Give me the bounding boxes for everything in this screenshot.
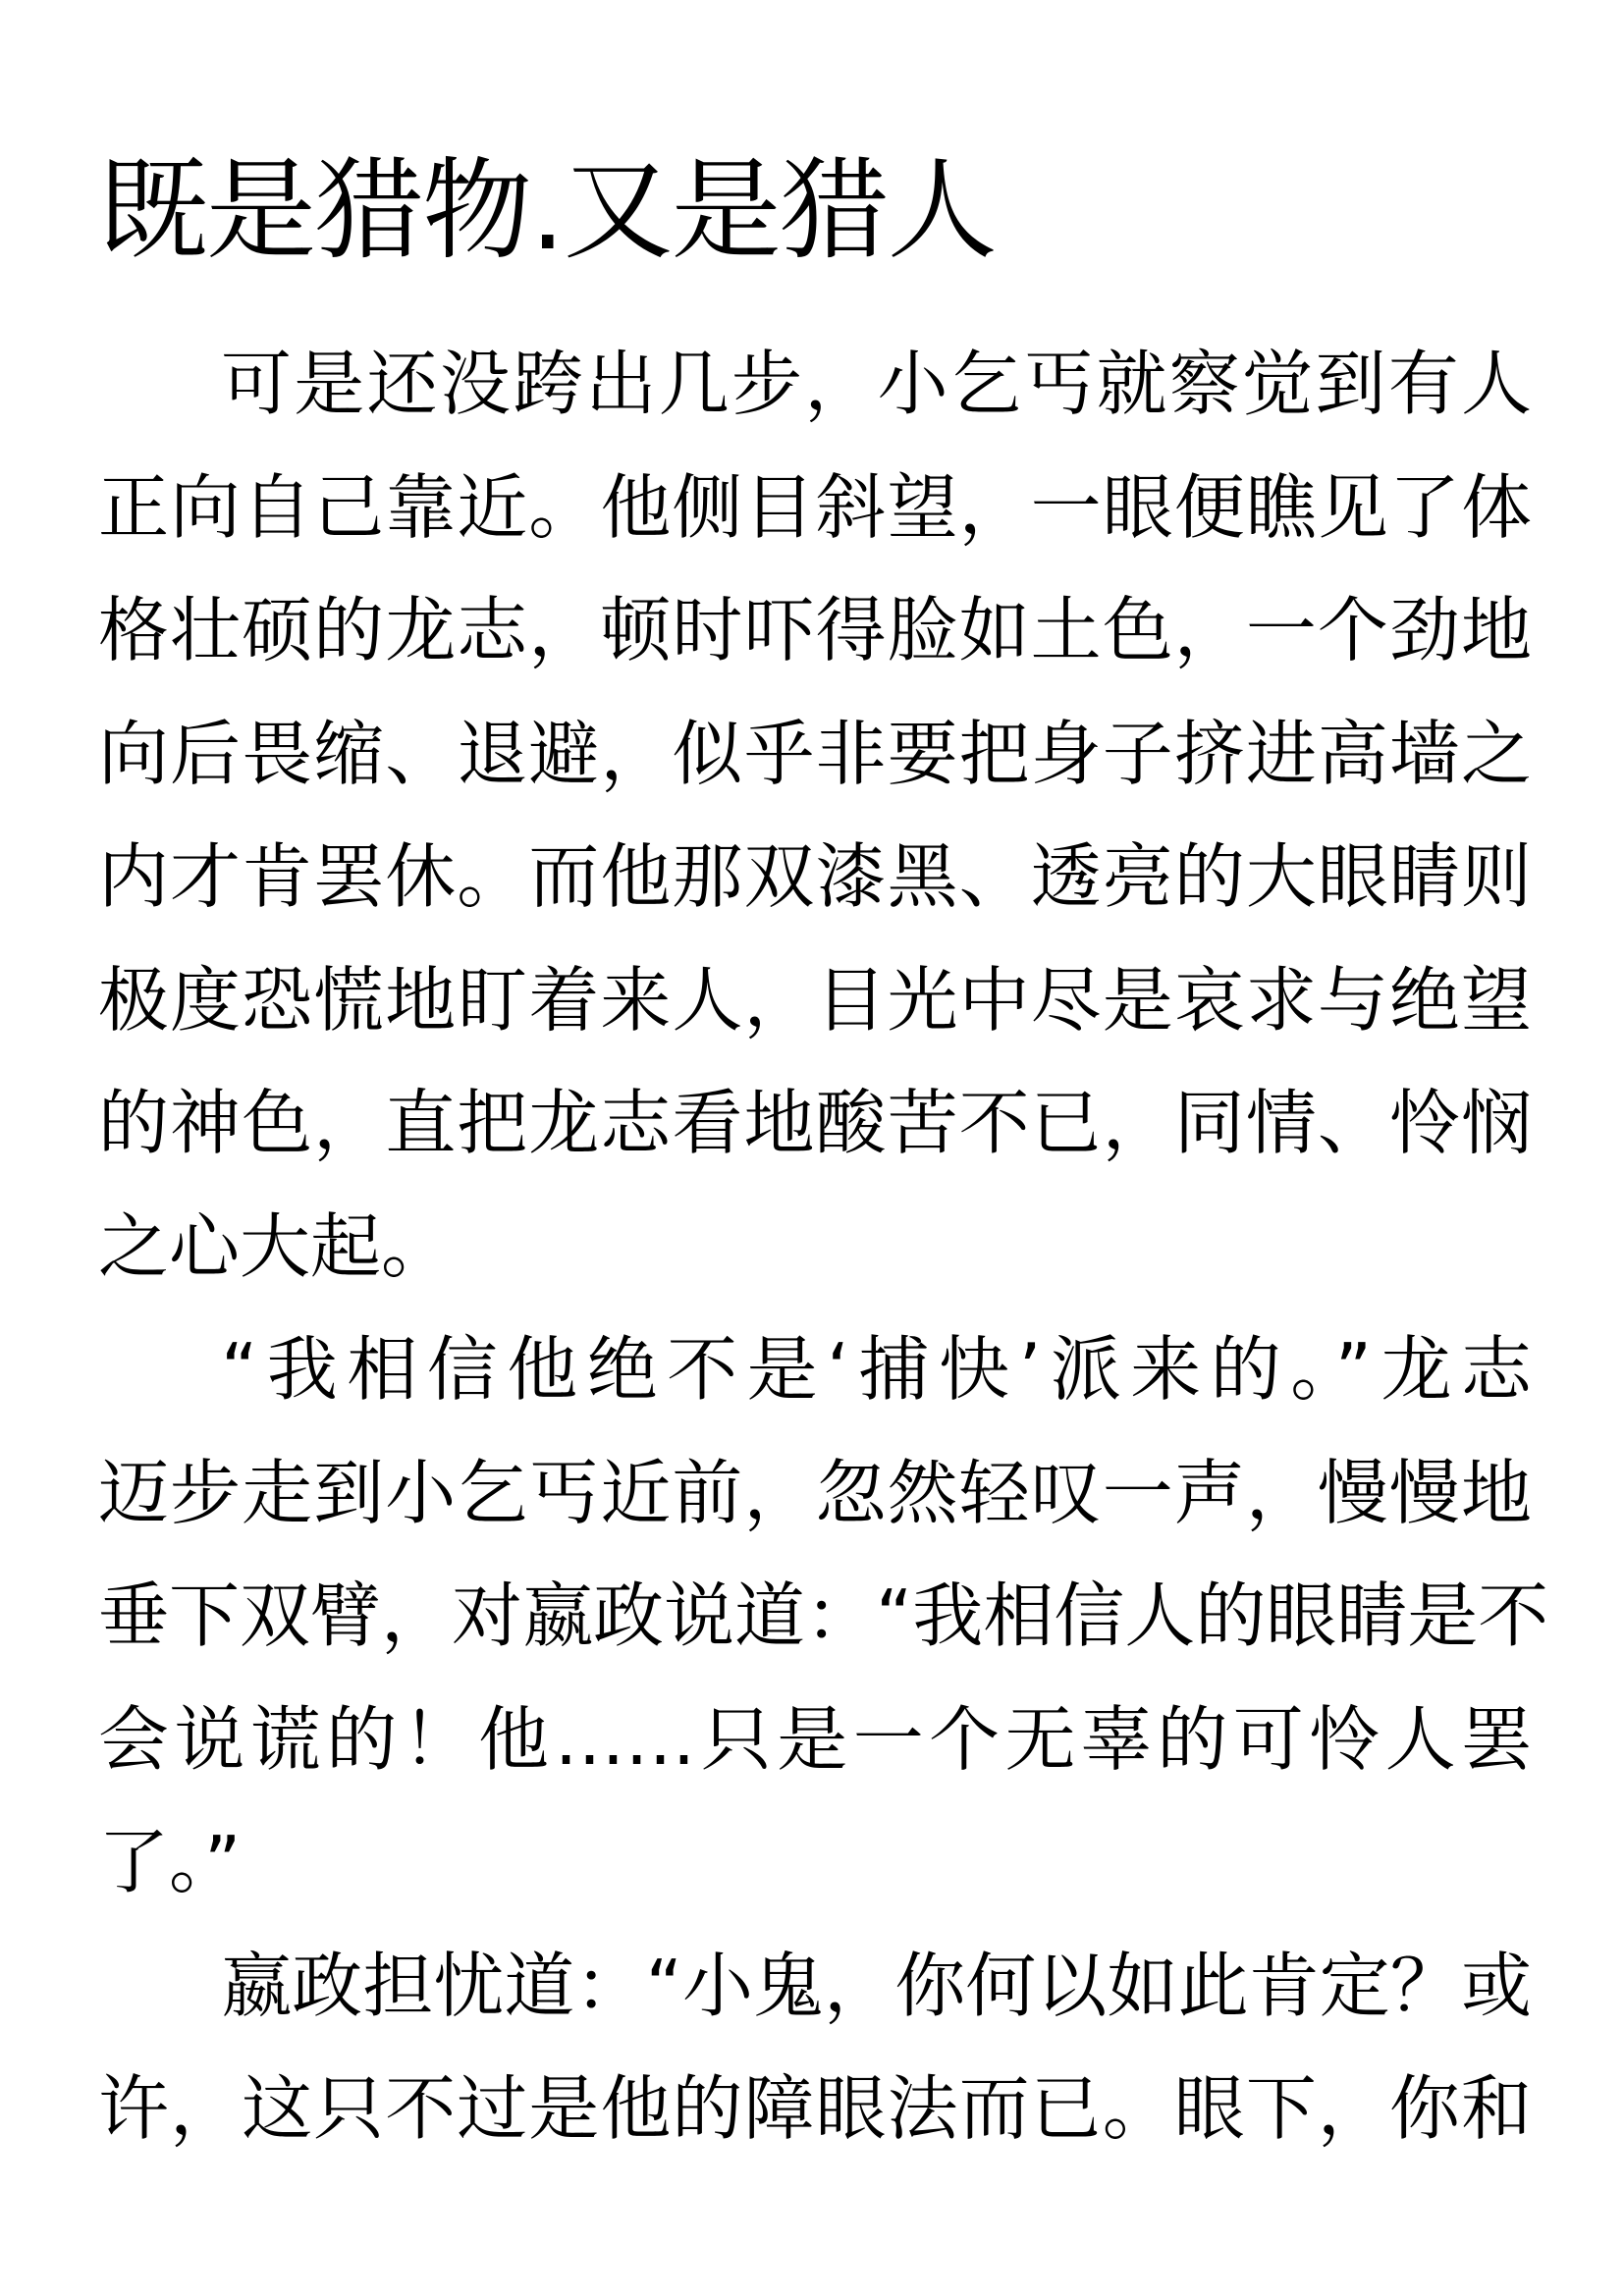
- paragraph-1-line-7: 的神色，直把龙志看地酸苦不已，同情、怜悯: [98, 1083, 1532, 1206]
- paragraph-1-line-8: 之心大起。: [98, 1206, 1532, 1330]
- paragraph-2-line-1: “我相信他绝不是‘捕快’派来的。”龙志: [221, 1329, 1532, 1453]
- text-line: 会说谎的！他……只是一个无辜的可怜人罢: [98, 1699, 1532, 1823]
- text-line: 嬴政担忧道：“小鬼，你何以如此肯定？或: [98, 1946, 1532, 2069]
- paragraph-2-line-2: 迈步走到小乞丐近前，忽然轻叹一声，慢慢地: [98, 1453, 1532, 1576]
- paragraph-1-line-1: 可是还没跨出几步，小乞丐就察觉到有人: [221, 344, 1532, 467]
- text-line: 迈步走到小乞丐近前，忽然轻叹一声，慢慢地: [98, 1453, 1532, 1576]
- text-line: 极度恐慌地盯着来人，目光中尽是哀求与绝望: [98, 960, 1532, 1084]
- text-line: 了。”: [98, 1822, 1532, 1946]
- document-page: 既是猎物.又是猎人 可是还没跨出几步，小乞丐就察觉到有人 正向自己靠近。他侧目斜…: [0, 0, 1624, 2296]
- paragraph-1-line-6: 极度恐慌地盯着来人，目光中尽是哀求与绝望: [98, 960, 1532, 1084]
- paragraph-2-line-4: 会说谎的！他……只是一个无辜的可怜人罢: [98, 1699, 1532, 1823]
- text-line: “我相信他绝不是‘捕快’派来的。”龙志: [98, 1329, 1532, 1453]
- paragraph-1-line-2: 正向自己靠近。他侧目斜望，一眼便瞧见了体: [98, 467, 1532, 591]
- text-line: 之心大起。: [98, 1206, 1532, 1330]
- paragraph-1-line-4: 向后畏缩、退避，似乎非要把身子挤进高墙之: [98, 714, 1532, 837]
- paragraph-1-line-5: 内才肯罢休。而他那双漆黑、透亮的大眼睛则: [98, 836, 1532, 960]
- text-line: 格壮硕的龙志，顿时吓得脸如土色，一个劲地: [98, 590, 1532, 714]
- text-line: 垂下双臂，对嬴政说道：“我相信人的眼睛是不: [98, 1575, 1532, 1699]
- paragraph-2-line-5: 了。”: [98, 1822, 1532, 1946]
- text-line: 内才肯罢休。而他那双漆黑、透亮的大眼睛则: [98, 836, 1532, 960]
- paragraph-1-line-3: 格壮硕的龙志，顿时吓得脸如土色，一个劲地: [98, 590, 1532, 714]
- text-line: 向后畏缩、退避，似乎非要把身子挤进高墙之: [98, 714, 1532, 837]
- text-line: 可是还没跨出几步，小乞丐就察觉到有人: [98, 344, 1532, 467]
- chapter-title: 既是猎物.又是猎人: [98, 147, 996, 275]
- paragraph-2-line-3: 垂下双臂，对嬴政说道：“我相信人的眼睛是不: [98, 1575, 1532, 1699]
- paragraph-3-line-1: 嬴政担忧道：“小鬼，你何以如此肯定？或: [221, 1946, 1532, 2069]
- text-line: 正向自己靠近。他侧目斜望，一眼便瞧见了体: [98, 467, 1532, 591]
- text-line: 的神色，直把龙志看地酸苦不已，同情、怜悯: [98, 1083, 1532, 1206]
- body-text: 可是还没跨出几步，小乞丐就察觉到有人 正向自己靠近。他侧目斜望，一眼便瞧见了体 …: [98, 344, 1532, 2192]
- paragraph-3-line-2: 许，这只不过是他的障眼法而已。眼下，你和: [98, 2068, 1532, 2192]
- text-line: 许，这只不过是他的障眼法而已。眼下，你和: [98, 2068, 1532, 2192]
